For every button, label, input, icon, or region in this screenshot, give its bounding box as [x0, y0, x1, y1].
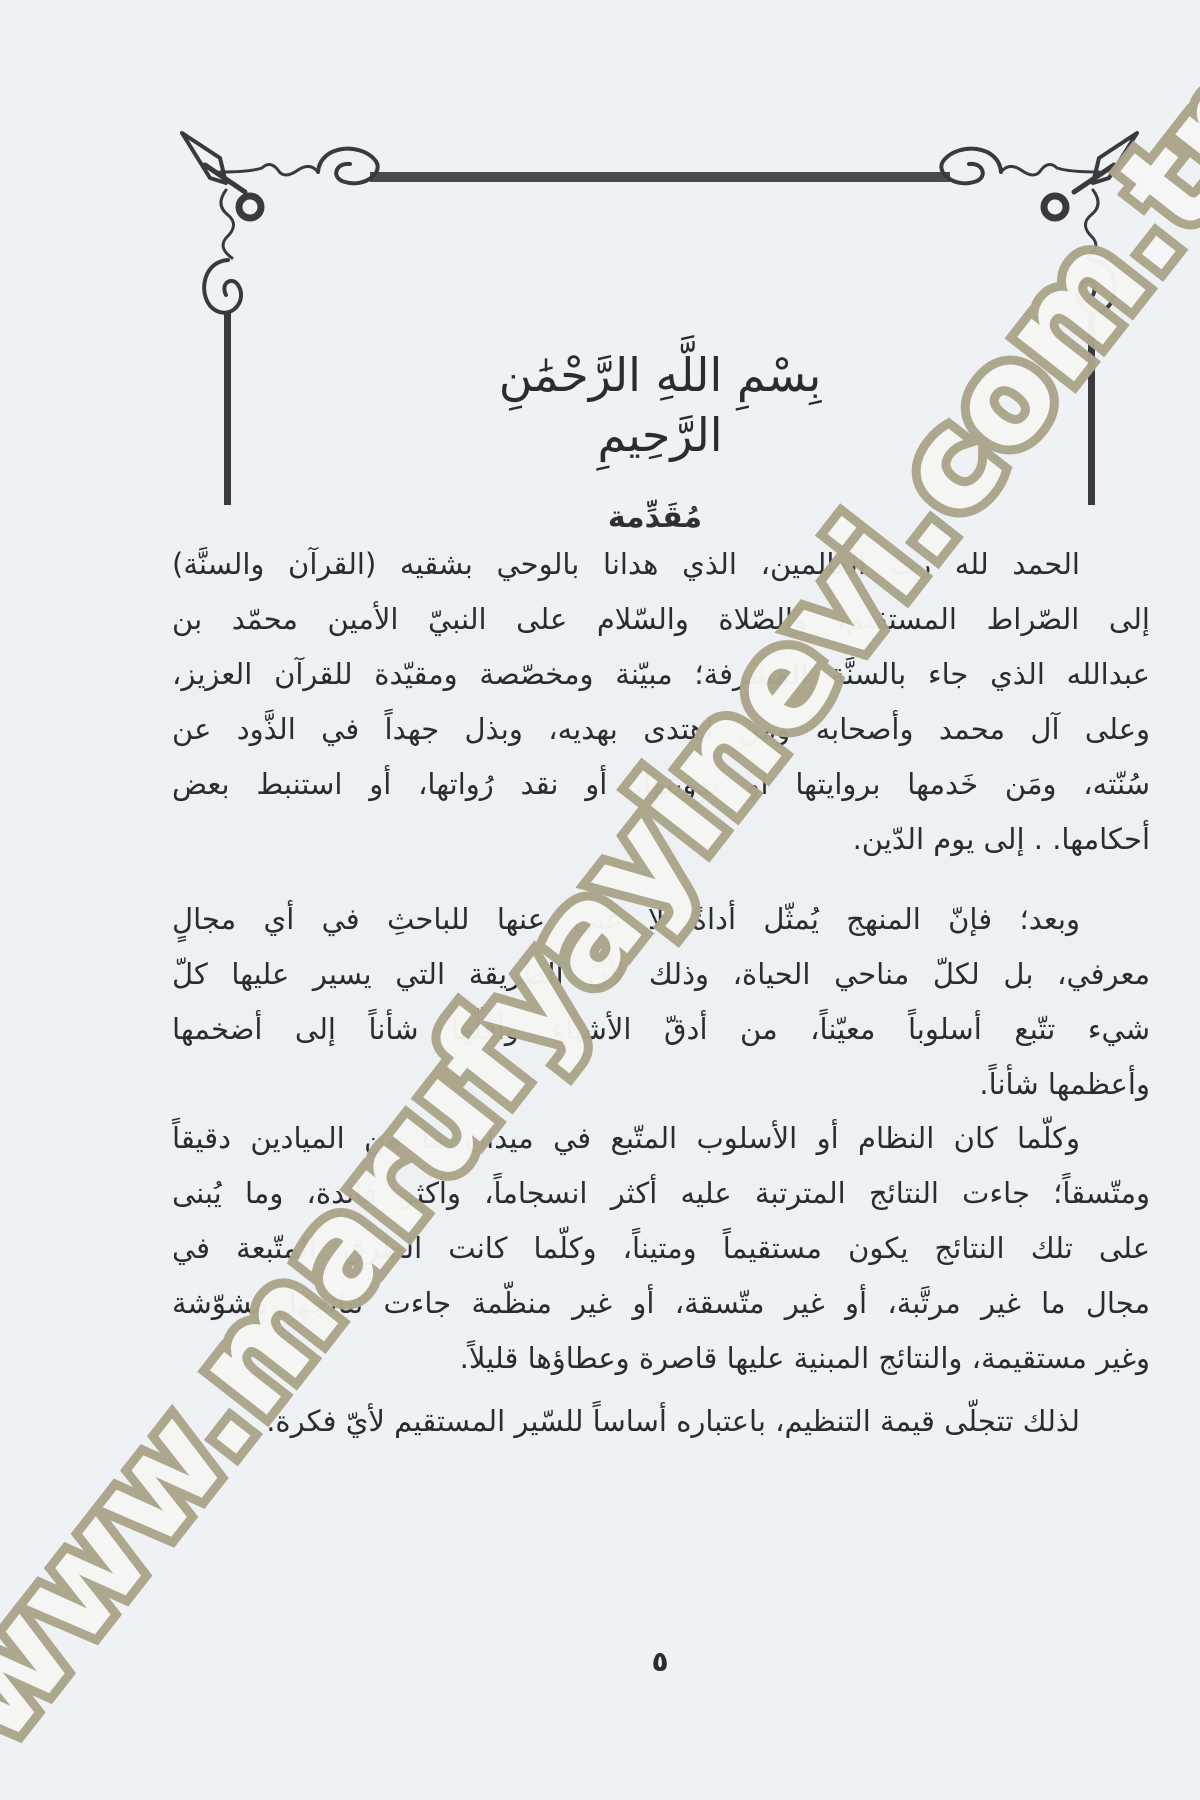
paragraph-4: لذلك تتجلّى قيمة التنظيم، باعتباره أساسا… [172, 1394, 1150, 1449]
text-line: إلى الصّراط المستقيم، والصّلاة والسّلام … [172, 592, 1150, 647]
text-line: مجال ما غير مرتَّبة، أو غير متّسقة، أو غ… [172, 1276, 1150, 1331]
text-line: ومتّسقاً؛ جاءت النتائج المترتبة عليه أكث… [172, 1166, 1150, 1221]
text-line: وغير مستقيمة، والنتائج المبنية عليها قاص… [172, 1331, 1150, 1386]
book-page: بِسْمِ اللَّهِ الرَّحْمَٰنِ الرَّحِيمِ م… [0, 0, 1200, 1800]
text-line: أحكامها. . إلى يوم الدّين. [172, 812, 1150, 867]
ornamental-frame-icon [0, 0, 1200, 560]
text-line: وبعد؛ فإنّ المنهج يُمثّل أداةً لا غنى عن… [172, 892, 1150, 947]
text-line: على تلك النتائج يكون مستقيماً ومتيناً، و… [172, 1221, 1150, 1276]
text-line: وكلّما كان النظام أو الأسلوب المتّبع في … [172, 1111, 1150, 1166]
text-line: شيء تتّبع أسلوباً معيّناً، من أدقّ الأشي… [172, 1002, 1150, 1057]
text-line: الحمد لله رب العالمين، الذي هدانا بالوحي… [172, 537, 1150, 592]
bismillah-heading: بِسْمِ اللَّهِ الرَّحْمَٰنِ الرَّحِيمِ [430, 345, 890, 465]
paragraph-1: الحمد لله رب العالمين، الذي هدانا بالوحي… [172, 537, 1150, 867]
text-line: معرفي، بل لكلّ مناحي الحياة، وذلك لأنّ ا… [172, 947, 1150, 1002]
text-line: عبدالله الذي جاء بالسنَّة المشرفة؛ مبيّن… [172, 647, 1150, 702]
text-line: سُنّته، ومَن خَدمها بروايتها أو تدوينها،… [172, 757, 1150, 812]
paragraph-2: وبعد؛ فإنّ المنهج يُمثّل أداةً لا غنى عن… [172, 892, 1150, 1112]
page-number: ٥ [630, 1645, 690, 1678]
text-line: وعلى آل محمد وأصحابه ومن اهتدى بهديه، وب… [172, 702, 1150, 757]
text-line: وأعظمها شأناً. [172, 1057, 1150, 1112]
text-line: لذلك تتجلّى قيمة التنظيم، باعتباره أساسا… [172, 1394, 1150, 1449]
page-title: مُقَدِّمة [555, 500, 755, 535]
paragraph-3: وكلّما كان النظام أو الأسلوب المتّبع في … [172, 1111, 1150, 1386]
